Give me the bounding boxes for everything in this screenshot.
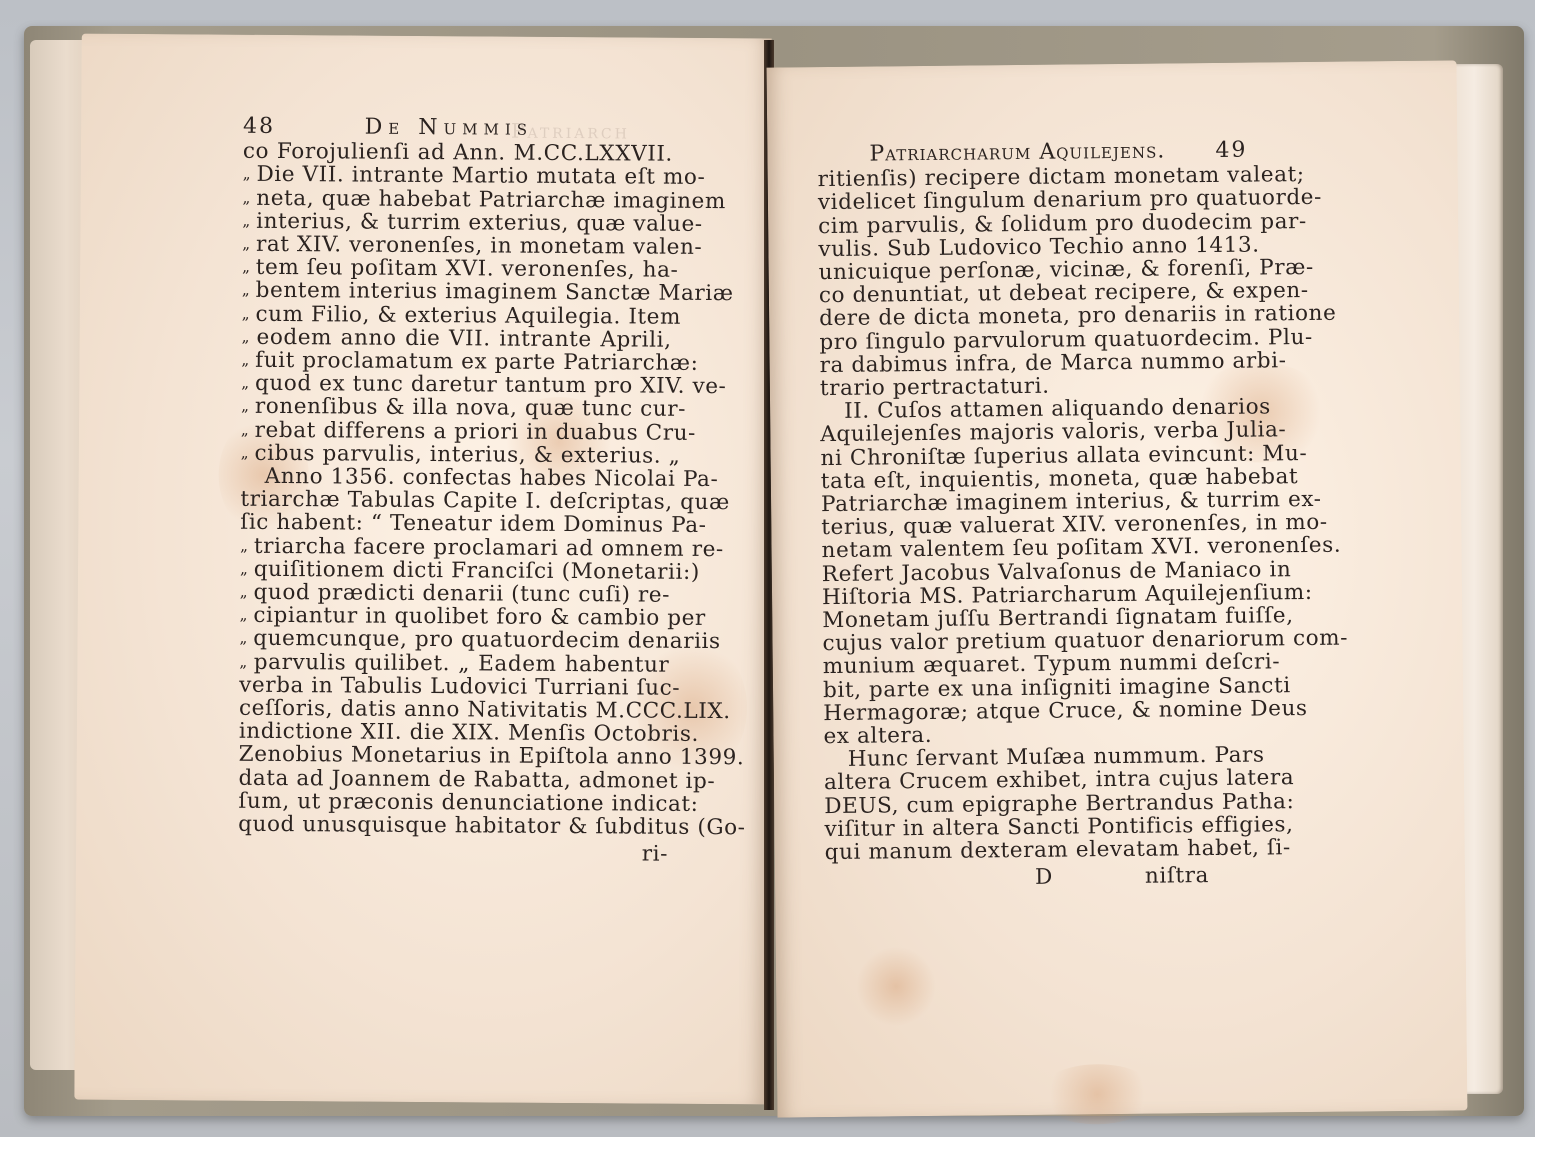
right-page: Patriarcharum Aquilejens. 49 ritienſis) … <box>767 60 1468 1117</box>
catchword: ri- <box>642 843 668 866</box>
body-lines: ritienſis) recipere dictam monetam valea… <box>818 164 1255 865</box>
body-lines: co Forojulienſi ad Ann. M.CC.LXXVII.Die … <box>238 140 673 839</box>
signature-mark: D <box>1035 866 1053 889</box>
running-head: Patriarcharum Aquilejens. 49 <box>817 139 1247 167</box>
page-number: 48 <box>243 115 275 138</box>
catchword: niſtra <box>1145 864 1209 888</box>
foxing-stain <box>856 946 937 1027</box>
text-line: Hermagoræ; atque Cruce, & nomine Deus <box>823 697 1253 725</box>
running-head: 48 De Nummis <box>243 115 673 141</box>
running-head-title: De Nummis <box>365 116 534 140</box>
catchword-row: D niſtra <box>825 864 1255 892</box>
left-page-text: 48 De Nummis co Forojulienſi ad Ann. M.C… <box>238 115 673 866</box>
text-line: qui manum dexteram elevatam habet, ſi- <box>825 837 1255 865</box>
left-page: Patriarch 48 De Nummis co Forojulienſi a… <box>74 34 771 1105</box>
text-line: quod unusquisque habitator & ſubditus (G… <box>238 813 668 839</box>
page-number: 49 <box>1215 139 1247 163</box>
right-page-text: Patriarcharum Aquilejens. 49 ritienſis) … <box>817 139 1255 892</box>
catchword-row: ri- <box>238 840 668 866</box>
running-head-title: Patriarcharum Aquilejens. <box>869 139 1165 165</box>
